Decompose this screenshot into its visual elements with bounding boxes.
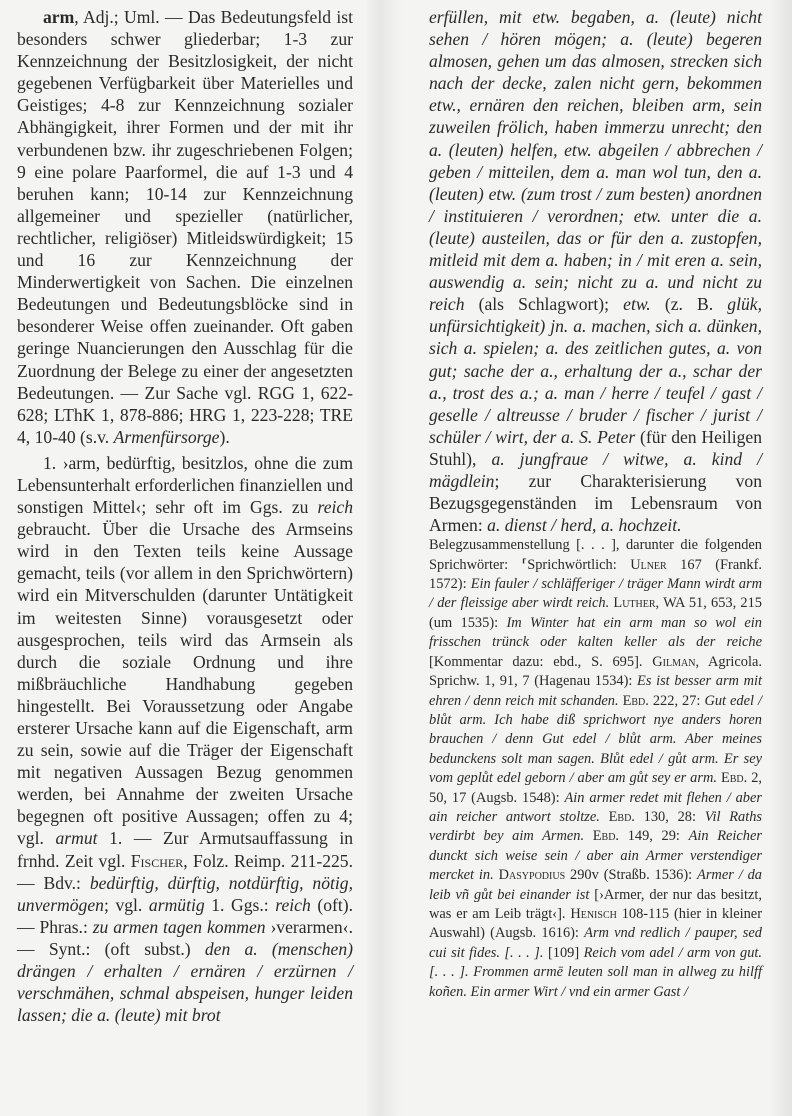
sense-text: 1. Ggs.:: [205, 895, 276, 915]
citation-author: Ebd.: [609, 809, 635, 825]
sense-text: ; vgl.: [104, 895, 149, 915]
left-column: arm, Adj.; Uml. — Das Bedeutungsfeld ist…: [17, 6, 353, 1026]
intro-italic-term: Armenfürsorge: [114, 427, 220, 447]
italic-term: etw.: [623, 294, 651, 314]
italic-term: armut: [55, 828, 97, 848]
italic-term: reich: [318, 497, 354, 517]
italic-term: armütig: [149, 895, 205, 915]
author-name: Fischer: [131, 851, 183, 871]
citation-note: [600, 809, 609, 825]
citation-author: Henisch: [570, 906, 617, 922]
syntagma-examples-continued: erfüllen, mit etw. begaben, a. (leute) n…: [429, 7, 762, 314]
intro-end: ).: [219, 427, 229, 447]
antonym: reich: [275, 895, 311, 915]
citation-author: Ebd.: [721, 770, 747, 786]
sense-text: gebraucht. Über die Ursache des Armseins…: [17, 519, 353, 848]
citation-reference: 130, 28:: [635, 809, 705, 825]
column-gutter: [366, 0, 402, 1116]
sense-1: 1. ›arm, bedürftig, besitzlos, ohne die …: [17, 452, 353, 1026]
page-edge-shadow: [770, 0, 792, 1116]
citation-author: Gilman: [652, 654, 695, 670]
intro-text: Das Bedeutungsfeld ist besonders schwer …: [17, 7, 353, 447]
citation-note: [109]: [543, 945, 583, 961]
grammar-info: , Adj.; Uml. —: [74, 7, 188, 27]
syntagma-examples: glük, unfürsichtigkeit) jn. a. machen, s…: [429, 294, 762, 447]
citation-author: Dasypodius: [499, 867, 566, 883]
headword: arm: [43, 7, 74, 27]
citation-list: Ulner 167 (Frankf. 1572): Ein fauler / s…: [429, 557, 762, 1000]
citation-reference: 222, 27:: [649, 693, 705, 709]
citation-author: Ulner: [630, 557, 667, 573]
citation-author: Ebd.: [593, 828, 619, 844]
citation-note: [Kommentar dazu: ebd., S. 695].: [429, 654, 652, 670]
syntagma-examples: a. dienst / herd, a. hochzeit.: [487, 515, 681, 535]
citation-author: Ebd.: [623, 693, 649, 709]
right-column: erfüllen, mit etw. begaben, a. (leute) n…: [429, 6, 762, 1002]
citation-reference: 290v (Straßb. 1536):: [565, 867, 697, 883]
sense-text: (als Schlagwort);: [465, 294, 624, 314]
citation-note: [584, 828, 593, 844]
sense-1-continued: erfüllen, mit etw. begaben, a. (leute) n…: [429, 6, 762, 536]
sense-text: (z. B.: [651, 294, 728, 314]
sense-number: 1.: [43, 453, 56, 473]
citation-reference: 149, 29:: [619, 828, 689, 844]
citations-block: Belegzusammenstellung [. . . ], darunter…: [429, 536, 762, 1002]
entry-introduction: arm, Adj.; Uml. — Das Bedeutungsfeld ist…: [17, 6, 353, 448]
sense-definition: ›arm, bedürftig, besitzlos, ohne die zum…: [17, 453, 353, 517]
phrase: zu armen tagen kommen: [93, 917, 266, 937]
scanned-dictionary-page: arm, Adj.; Uml. — Das Bedeutungsfeld ist…: [0, 0, 792, 1116]
citation-author: Luther: [613, 595, 655, 611]
